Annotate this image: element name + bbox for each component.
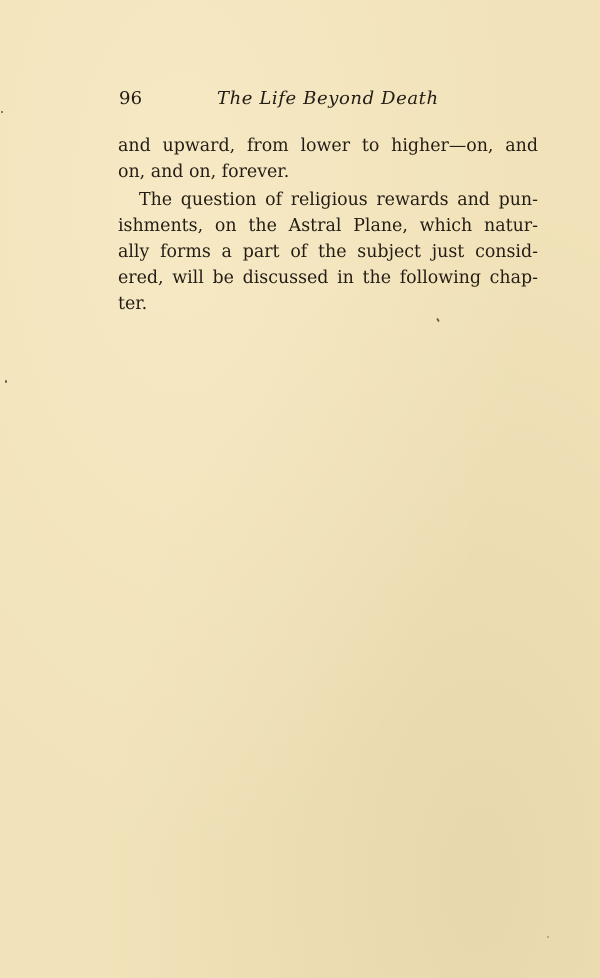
- body-text: and upward, from lower to higher—on, and…: [118, 133, 538, 317]
- paper-speck: [436, 318, 440, 322]
- paper-speck: [547, 936, 549, 938]
- paper-speck: [1, 111, 3, 113]
- text-line: ishments, on the Astral Plane, which nat…: [118, 213, 538, 239]
- text-line: ter.: [118, 291, 538, 317]
- text-line: The question of religious rewards and pu…: [118, 187, 538, 213]
- text-line: and upward, from lower to higher—on, and: [118, 133, 538, 159]
- text-line: ered, will be discussed in the following…: [118, 265, 538, 291]
- paragraph-religious-rewards: The question of religious rewards and pu…: [118, 187, 538, 317]
- running-title: The Life Beyond Death: [217, 88, 439, 109]
- paper-speck: [5, 380, 7, 383]
- text-line: ally forms a part of the subject just co…: [118, 239, 538, 265]
- text-line: on, and on, forever.: [118, 159, 538, 185]
- book-page: 96 The Life Beyond Death and upward, fro…: [0, 0, 600, 978]
- paragraph-continuation: and upward, from lower to higher—on, and…: [118, 133, 538, 185]
- page-number: 96: [119, 88, 142, 109]
- running-head: 96 The Life Beyond Death: [118, 88, 538, 112]
